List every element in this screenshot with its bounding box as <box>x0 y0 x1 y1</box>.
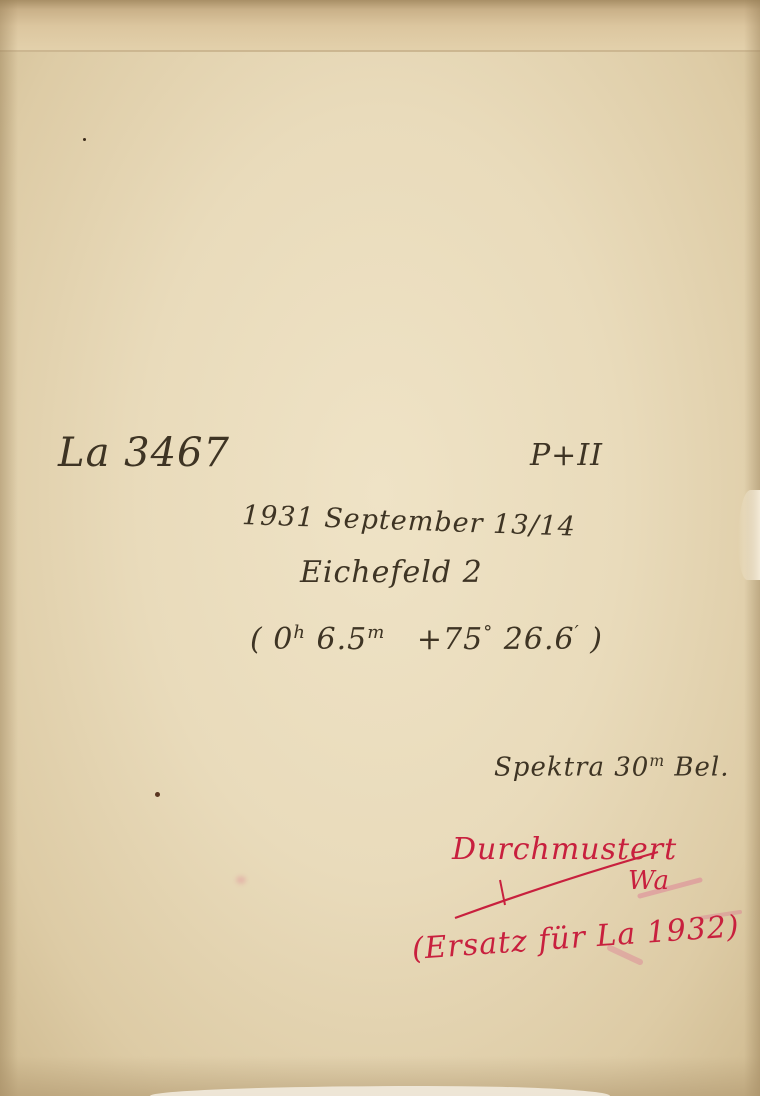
envelope-sheet: La 3467 P+II 1931 September 13/14 Eichef… <box>0 0 760 1096</box>
red-initials: Wa <box>628 866 670 896</box>
